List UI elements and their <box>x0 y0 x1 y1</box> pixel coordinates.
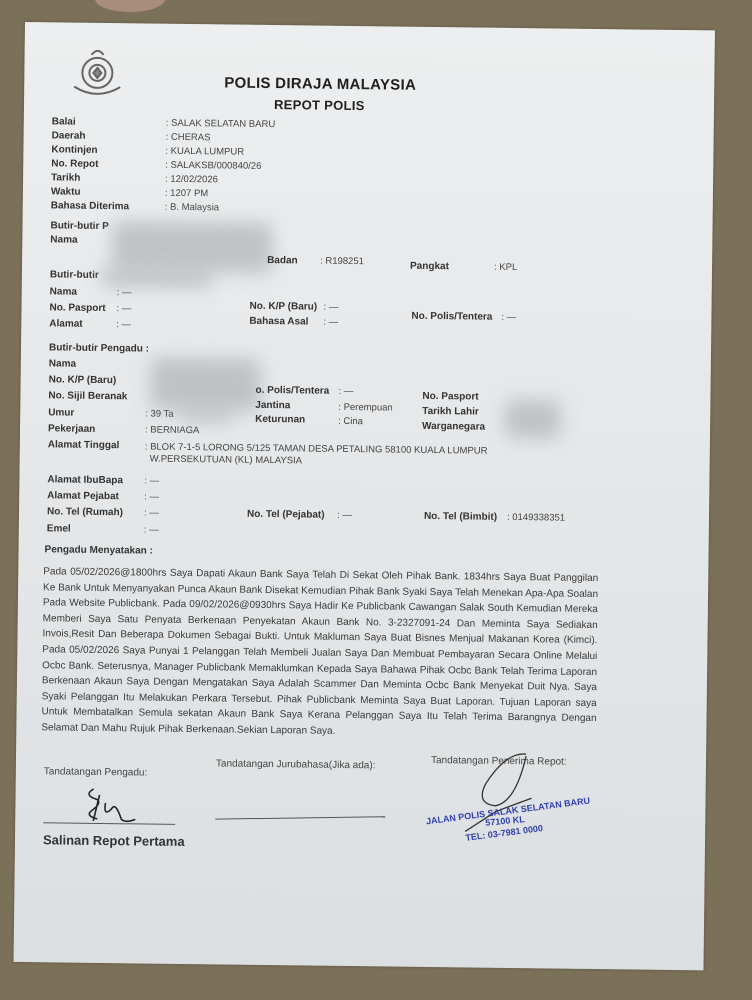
complainant-section: Butir-butir Pengadu : <box>49 342 149 354</box>
signature-label-jurubahasa: Tandatangan Jurubahasa(Jika ada): <box>216 758 376 771</box>
label-waktu: Waktu <box>51 186 81 197</box>
redacted-dob <box>505 400 560 439</box>
complainant-signature <box>75 785 145 824</box>
value-alamat-line2: W.PERSEKUTUAN (KL) MALAYSIA <box>150 454 303 467</box>
value-no-repot: : SALAKSB/000840/26 <box>165 160 261 172</box>
value-tel-pejabat: : — <box>337 510 352 521</box>
label-balai: Balai <box>52 116 76 127</box>
label-jantina: Jantina <box>255 400 290 411</box>
value-interp-nama: : — <box>117 287 132 298</box>
value-jantina: : Perempuan <box>338 402 393 414</box>
label-pekerjaan: Pekerjaan <box>48 423 95 435</box>
label-tel-pejabat: No. Tel (Pejabat) <box>247 509 325 521</box>
value-pengadu-polis: : — <box>338 386 353 397</box>
header-title: POLIS DIRAJA MALAYSIA <box>224 74 416 93</box>
statement-body: Pada 05/02/2026@1800hrs Saya Dapati Akau… <box>41 564 598 742</box>
label-tel-rumah: No. Tel (Rumah) <box>47 506 123 518</box>
label-interp-pasport: No. Pasport <box>49 302 105 314</box>
value-alamat-ibubapa: : — <box>144 475 159 486</box>
value-interp-bahasa: : — <box>323 317 338 328</box>
label-interp-nama: Nama <box>50 286 77 297</box>
header-subtitle: REPOT POLIS <box>274 97 365 113</box>
label-interp-kp: No. K/P (Baru) <box>249 301 317 313</box>
value-emel: : — <box>144 524 159 535</box>
value-daerah: : CHERAS <box>166 132 211 144</box>
label-daerah: Daerah <box>52 130 86 141</box>
label-pengadu-pasport: No. Pasport <box>422 391 478 403</box>
value-alamat-pejabat: : — <box>144 491 159 502</box>
redacted-interpreter <box>102 268 212 287</box>
label-interp-bahasa: Bahasa Asal <box>249 316 308 328</box>
label-warganegara: Warganegara <box>422 421 485 433</box>
officer-section: Butir-butir P <box>50 220 108 232</box>
label-badan: Badan <box>267 255 298 266</box>
value-umur: : 39 Ta <box>145 408 173 419</box>
redacted-umur <box>178 407 233 422</box>
value-keturunan: : Cina <box>338 416 363 427</box>
value-badan: : R198251 <box>320 256 364 268</box>
label-umur: Umur <box>48 407 74 418</box>
interpreter-section: Butir-butir <box>50 269 99 281</box>
label-alamat-pejabat: Alamat Pejabat <box>47 490 119 502</box>
signature-label-pengadu: Tandatangan Pengadu: <box>44 766 148 778</box>
redacted-complainant <box>150 358 261 411</box>
value-interp-kp: : — <box>323 302 338 313</box>
footer-salinan: Salinan Repot Pertama <box>43 832 185 849</box>
value-pangkat: : KPL <box>494 262 517 273</box>
label-alamat-ibubapa: Alamat IbuBapa <box>47 474 123 486</box>
finger <box>95 0 165 12</box>
label-pangkat: Pangkat <box>410 261 449 272</box>
value-pekerjaan: : BERNIAGA <box>145 424 200 436</box>
label-emel: Emel <box>47 523 71 534</box>
value-interp-alamat: : — <box>116 319 131 330</box>
label-keturunan: Keturunan <box>255 414 305 426</box>
label-pengadu-sijil: No. Sijil Beranak <box>48 390 127 402</box>
value-balai: : SALAK SELATAN BARU <box>166 118 276 130</box>
label-officer-nama: Nama <box>50 234 77 245</box>
signature-line-pengadu <box>43 822 175 825</box>
value-interp-pasport: : — <box>116 303 131 314</box>
label-tarikh: Tarikh <box>51 172 80 183</box>
redacted-officer <box>112 221 273 273</box>
value-tarikh: : 12/02/2026 <box>165 174 218 186</box>
value-waktu: : 1207 PM <box>165 188 208 200</box>
label-interp-polis: No. Polis/Tentera <box>411 311 492 323</box>
signature-line-jurubahasa <box>215 816 385 819</box>
value-tel-bimbit: : 0149338351 <box>507 512 565 524</box>
label-interp-alamat: Alamat <box>49 318 82 329</box>
police-report-document: POLIS DIRAJA MALAYSIA REPOT POLIS Balai … <box>14 22 715 970</box>
label-pengadu-nama: Nama <box>49 358 76 369</box>
label-pengadu-kp: No. K/P (Baru) <box>49 374 117 386</box>
label-pengadu-polis: o. Polis/Tentera <box>255 385 329 397</box>
police-crest-icon <box>66 41 129 104</box>
value-kontinjen: : KUALA LUMPUR <box>165 146 244 158</box>
value-tel-rumah: : — <box>144 507 159 518</box>
label-tarikh-lahir: Tarikh Lahir <box>422 406 479 418</box>
label-alamat-tinggal: Alamat Tinggal <box>48 439 120 451</box>
label-no-repot: No. Repot <box>51 158 98 170</box>
statement-heading: Pengadu Menyatakan : <box>44 544 152 556</box>
label-tel-bimbit: No. Tel (Bimbit) <box>424 511 497 523</box>
label-kontinjen: Kontinjen <box>51 144 97 156</box>
label-bahasa-diterima: Bahasa Diterima <box>51 200 130 212</box>
value-bahasa-diterima: : B. Malaysia <box>165 202 220 214</box>
value-interp-polis: : — <box>501 312 516 323</box>
